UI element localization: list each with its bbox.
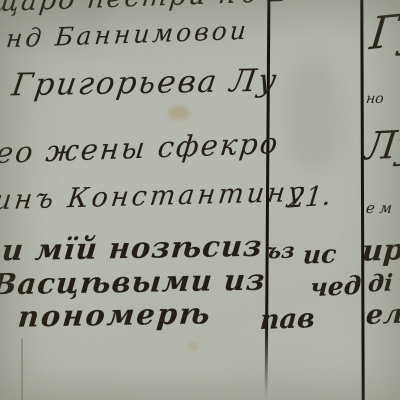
handwritten-fragment: ис: [302, 241, 337, 267]
handwritten-line: Васцѣвыми из: [0, 266, 267, 300]
handwritten-line: и мїй нозѣсиз: [1, 232, 264, 266]
handwritten-fragment: Гу: [368, 7, 400, 57]
page-vignette: [0, 0, 400, 400]
paper-smudge: [0, 0, 110, 48]
paper-highlight: [40, 350, 240, 390]
column-rule-right: [360, 0, 364, 400]
handwritten-line: пономерѣ: [17, 299, 213, 331]
handwritten-line: ео жены сфекро: [0, 129, 281, 168]
manuscript-page: щаро пестри пъ Ѣ нд Баннимовои Григорьев…: [0, 0, 400, 400]
handwritten-fragment: ель: [365, 300, 400, 329]
handwritten-line: Григорьева Лу: [10, 66, 280, 102]
handwritten-fragment: Лу: [363, 124, 400, 165]
paper-stain: [188, 342, 198, 350]
paper-stain: [168, 106, 190, 120]
faint-margin-line: [21, 338, 23, 400]
handwritten-fragment: ъз: [265, 239, 295, 261]
paper-smudge: [286, 58, 342, 170]
entry-number: 21.: [287, 182, 333, 212]
handwritten-fragment: е м: [365, 201, 393, 216]
handwritten-fragment: чед: [309, 273, 361, 301]
paper-grain-texture: [0, 0, 400, 400]
handwritten-fragment: но: [365, 92, 384, 106]
handwritten-line: щаро пестри пъ Ѣ: [0, 0, 292, 16]
handwritten-line: нд Баннимовои: [5, 18, 250, 52]
handwritten-fragment: ді: [367, 272, 393, 296]
handwritten-line: инъ Константину: [0, 179, 308, 214]
handwritten-fragment: ир: [361, 235, 400, 266]
column-rule-left: [265, 0, 271, 400]
